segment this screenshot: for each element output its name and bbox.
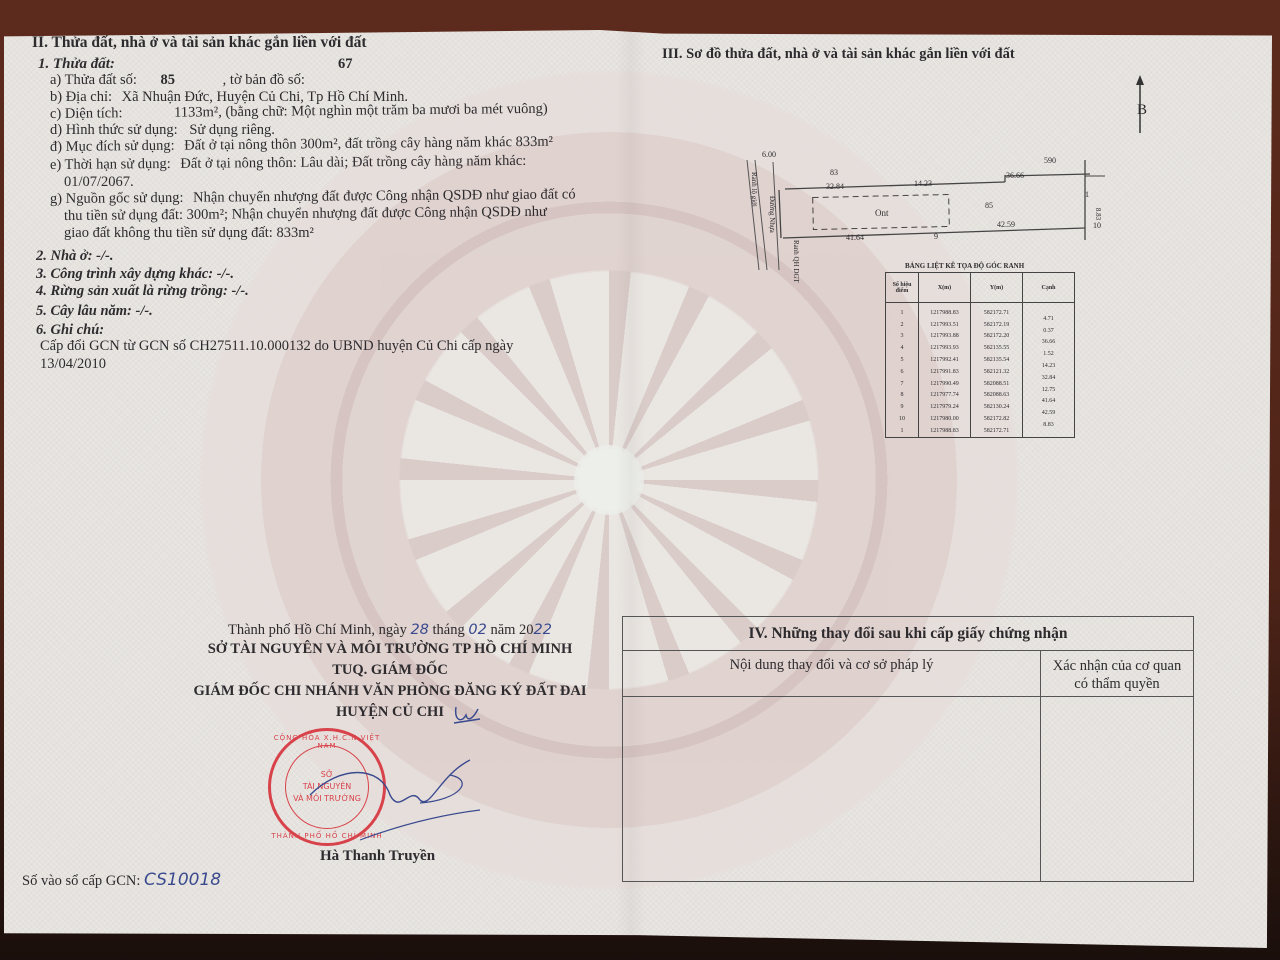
col-confirm-line-1: Xác nhận của cơ quan [1053, 658, 1181, 674]
map-sheet-label: , tờ bản đồ số: [223, 72, 305, 88]
area-value: 1133m², (bằng chữ: Một nghìn một trăm ba… [174, 101, 548, 121]
neighbor-83: 83 [830, 168, 838, 177]
edge-42-59: 42.59 [997, 220, 1015, 229]
purpose-value: Đất ở tại nông thôn 300m², đất trồng cây… [184, 134, 553, 154]
coord-point: 2 [886, 319, 918, 331]
parcel-label: a) Thửa đất số: [50, 72, 137, 88]
point-1: 1 [1085, 190, 1089, 199]
area-label: c) Diện tích: [50, 105, 123, 122]
coord-point: 7 [886, 378, 918, 390]
col-edge: Cạnh [1023, 273, 1074, 302]
coord-edge: 4.71 [1023, 313, 1074, 325]
coord-x: 1217988.83 [919, 307, 970, 319]
coord-point: 4 [886, 342, 918, 354]
col-y-values: 582172.71582172.19582172.20582135.555821… [971, 303, 1023, 437]
place-date-prefix: Thành phố Hồ Chí Minh, ngày [228, 622, 407, 638]
edge-41-64: 41.64 [846, 233, 864, 242]
coord-y: 582135.55 [971, 342, 1022, 354]
org-line-4: HUYỆN CỦ CHI [160, 702, 620, 723]
origin-value-3: giao đất không thu tiền sử dụng đất: 833… [64, 225, 314, 242]
house-item: 2. Nhà ở: -/-. [36, 248, 113, 265]
org-line-1: SỞ TÀI NGUYÊN VÀ MÔI TRƯỜNG TP HỒ CHÍ MI… [160, 639, 620, 660]
parcel-row: a) Thửa đất số: 85 , tờ bản đồ số: [50, 72, 305, 89]
section-iv-table: IV. Những thay đổi sau khi cấp giấy chứn… [622, 616, 1194, 882]
section-ii-title: II. Thửa đất, nhà ở và tài sản khác gắn … [32, 34, 367, 52]
col-x-values: 1217988.831217993.511217993.881217993.93… [919, 303, 971, 437]
issue-year-suffix: 22 [534, 622, 552, 638]
coord-x: 1217993.93 [919, 342, 970, 354]
edge-14-23: 14.23 [914, 179, 932, 188]
notes-heading: 6. Ghi chú: [36, 322, 104, 339]
signature-block: Thành phố Hồ Chí Minh, ngày 28 tháng 02 … [160, 622, 620, 723]
perennial-trees-item: 5. Cây lâu năm: -/-. [36, 303, 153, 320]
term-label: e) Thời hạn sử dụng: [50, 156, 171, 173]
coord-point: 3 [886, 331, 918, 343]
origin-label: g) Nguồn gốc sử dụng: [50, 190, 184, 207]
coord-y: 582172.19 [971, 319, 1022, 331]
coord-point: 5 [886, 354, 918, 366]
purpose-label: đ) Mục đích sử dụng: [50, 138, 175, 155]
coord-y: 582172.71 [971, 307, 1022, 319]
registry-value: CS10018 [144, 870, 221, 890]
road-width-label: 6.00 [762, 150, 776, 159]
section-iii-title: III. Sơ đồ thửa đất, nhà ở và tài sản kh… [662, 46, 1015, 63]
coord-y: 582172.20 [971, 331, 1022, 343]
land-heading: 1. Thửa đất: [38, 56, 115, 73]
coord-y: 582121.32 [971, 366, 1022, 378]
production-forest-item: 4. Rừng sản xuất là rừng trồng: -/-. [36, 283, 249, 300]
road-name-label: Đường Nhựa [768, 196, 776, 233]
initials-icon [452, 703, 482, 727]
coord-edge: 42.59 [1023, 407, 1074, 419]
parcel-85-label: 85 [985, 201, 993, 210]
coord-table: Số hiệu điểm X(m) Y(m) Cạnh 123456789101… [885, 272, 1075, 438]
issue-day: 28 [410, 622, 428, 638]
address-label: b) Địa chỉ: [50, 89, 112, 105]
col-point: Số hiệu điểm [886, 273, 919, 302]
coord-point: 10 [886, 413, 918, 425]
org-line-2: TUQ. GIÁM ĐỐC [160, 660, 620, 681]
point-9: 9 [934, 232, 938, 241]
handwritten-signature-icon [300, 755, 480, 845]
coord-edge: 32.84 [1023, 372, 1074, 384]
edge-8-83: 8.83 [1094, 208, 1102, 220]
edge-36-66: 36.66 [1006, 171, 1024, 180]
coord-y: 582130.24 [971, 401, 1022, 413]
coord-y: 582088.51 [971, 378, 1022, 390]
change-content-cell [623, 697, 1041, 881]
coord-x: 1217992.41 [919, 354, 970, 366]
col-change-content: Nội dung thay đổi và cơ sở pháp lý [623, 651, 1041, 696]
registry-label: Số vào sổ cấp GCN: [22, 873, 140, 889]
use-form-value: Sử dụng riêng. [189, 122, 275, 138]
boundary-plan-label: Ranh QH DGT [792, 240, 800, 283]
coord-y: 582172.82 [971, 413, 1022, 425]
coord-x: 1217988.83 [919, 425, 970, 437]
coord-x: 1217990.49 [919, 378, 970, 390]
coord-x: 1217993.51 [919, 319, 970, 331]
col-confirm-line-2: có thẩm quyền [1074, 676, 1159, 692]
coord-point: 1 [886, 425, 918, 437]
coord-edge: 41.64 [1023, 396, 1074, 408]
coord-edge: 14.23 [1023, 360, 1074, 372]
col-edge-values: 4.710.3736.661.5214.2332.8412.7541.6442.… [1023, 303, 1074, 437]
col-y: Y(m) [971, 273, 1023, 302]
house-label: Ont [875, 208, 889, 218]
registry-row: Số vào sổ cấp GCN: CS10018 [22, 870, 221, 890]
place-date: Thành phố Hồ Chí Minh, ngày 28 tháng 02 … [160, 622, 620, 639]
parcel-number: 85 [161, 72, 176, 88]
year-label: năm 20 [490, 622, 533, 638]
coord-x: 1217979.24 [919, 401, 970, 413]
month-label: tháng [433, 622, 465, 638]
map-sheet-number: 67 [338, 56, 353, 73]
notes-line-2: 13/04/2010 [40, 356, 106, 373]
coord-edge: 12.75 [1023, 384, 1074, 396]
coord-edge: 36.66 [1023, 337, 1074, 349]
origin-value-1: Nhận chuyển nhượng đất được Công nhận QS… [193, 186, 576, 205]
term-value-2: 01/07/2067. [64, 174, 134, 191]
other-construction-item: 3. Công trình xây dựng khác: -/-. [36, 266, 234, 283]
edge-32-84: 32.84 [826, 182, 844, 191]
coord-x: 1217991.83 [919, 366, 970, 378]
coord-edge: 8.83 [1023, 419, 1074, 431]
col-x: X(m) [919, 273, 971, 302]
coord-edge: 0.37 [1023, 325, 1074, 337]
coord-y: 582088.63 [971, 390, 1022, 402]
col-authority-confirmation: Xác nhận của cơ quancó thẩm quyền [1041, 651, 1193, 696]
issue-month: 02 [468, 622, 486, 638]
coord-y: 582135.54 [971, 354, 1022, 366]
coord-y: 582172.71 [971, 425, 1022, 437]
coord-edge: 1.52 [1023, 348, 1074, 360]
coord-point: 6 [886, 366, 918, 378]
col-point-values: 123456789101 [886, 303, 919, 437]
notes-line-1: Cấp đổi GCN từ GCN số CH27511.10.000132 … [40, 338, 513, 355]
coord-point: 9 [886, 401, 918, 413]
use-form-label: d) Hình thức sử dụng: [50, 122, 178, 138]
coord-point: 8 [886, 390, 918, 402]
coord-x: 1217980.00 [919, 413, 970, 425]
signer-name: Hà Thanh Truyền [320, 848, 435, 865]
boundary-road-label: Ranh lộ giới [750, 172, 758, 207]
coord-table-title: BẢNG LIỆT KÊ TỌA ĐỘ GÓC RANH [905, 262, 1024, 270]
neighbor-590: 590 [1044, 156, 1056, 165]
term-value-1: Đất ở tại nông thôn: Lâu dài; Đất trồng … [180, 153, 526, 172]
coord-x: 1217993.88 [919, 331, 970, 343]
coord-x: 1217977.74 [919, 390, 970, 402]
org-line-3: GIÁM ĐỐC CHI NHÁNH VĂN PHÒNG ĐĂNG KÝ ĐẤT… [160, 681, 620, 702]
north-label: B [1137, 102, 1147, 119]
point-10: 10 [1093, 221, 1101, 230]
coord-point: 1 [886, 307, 918, 319]
section-iv-title: IV. Những thay đổi sau khi cấp giấy chứn… [623, 617, 1193, 651]
